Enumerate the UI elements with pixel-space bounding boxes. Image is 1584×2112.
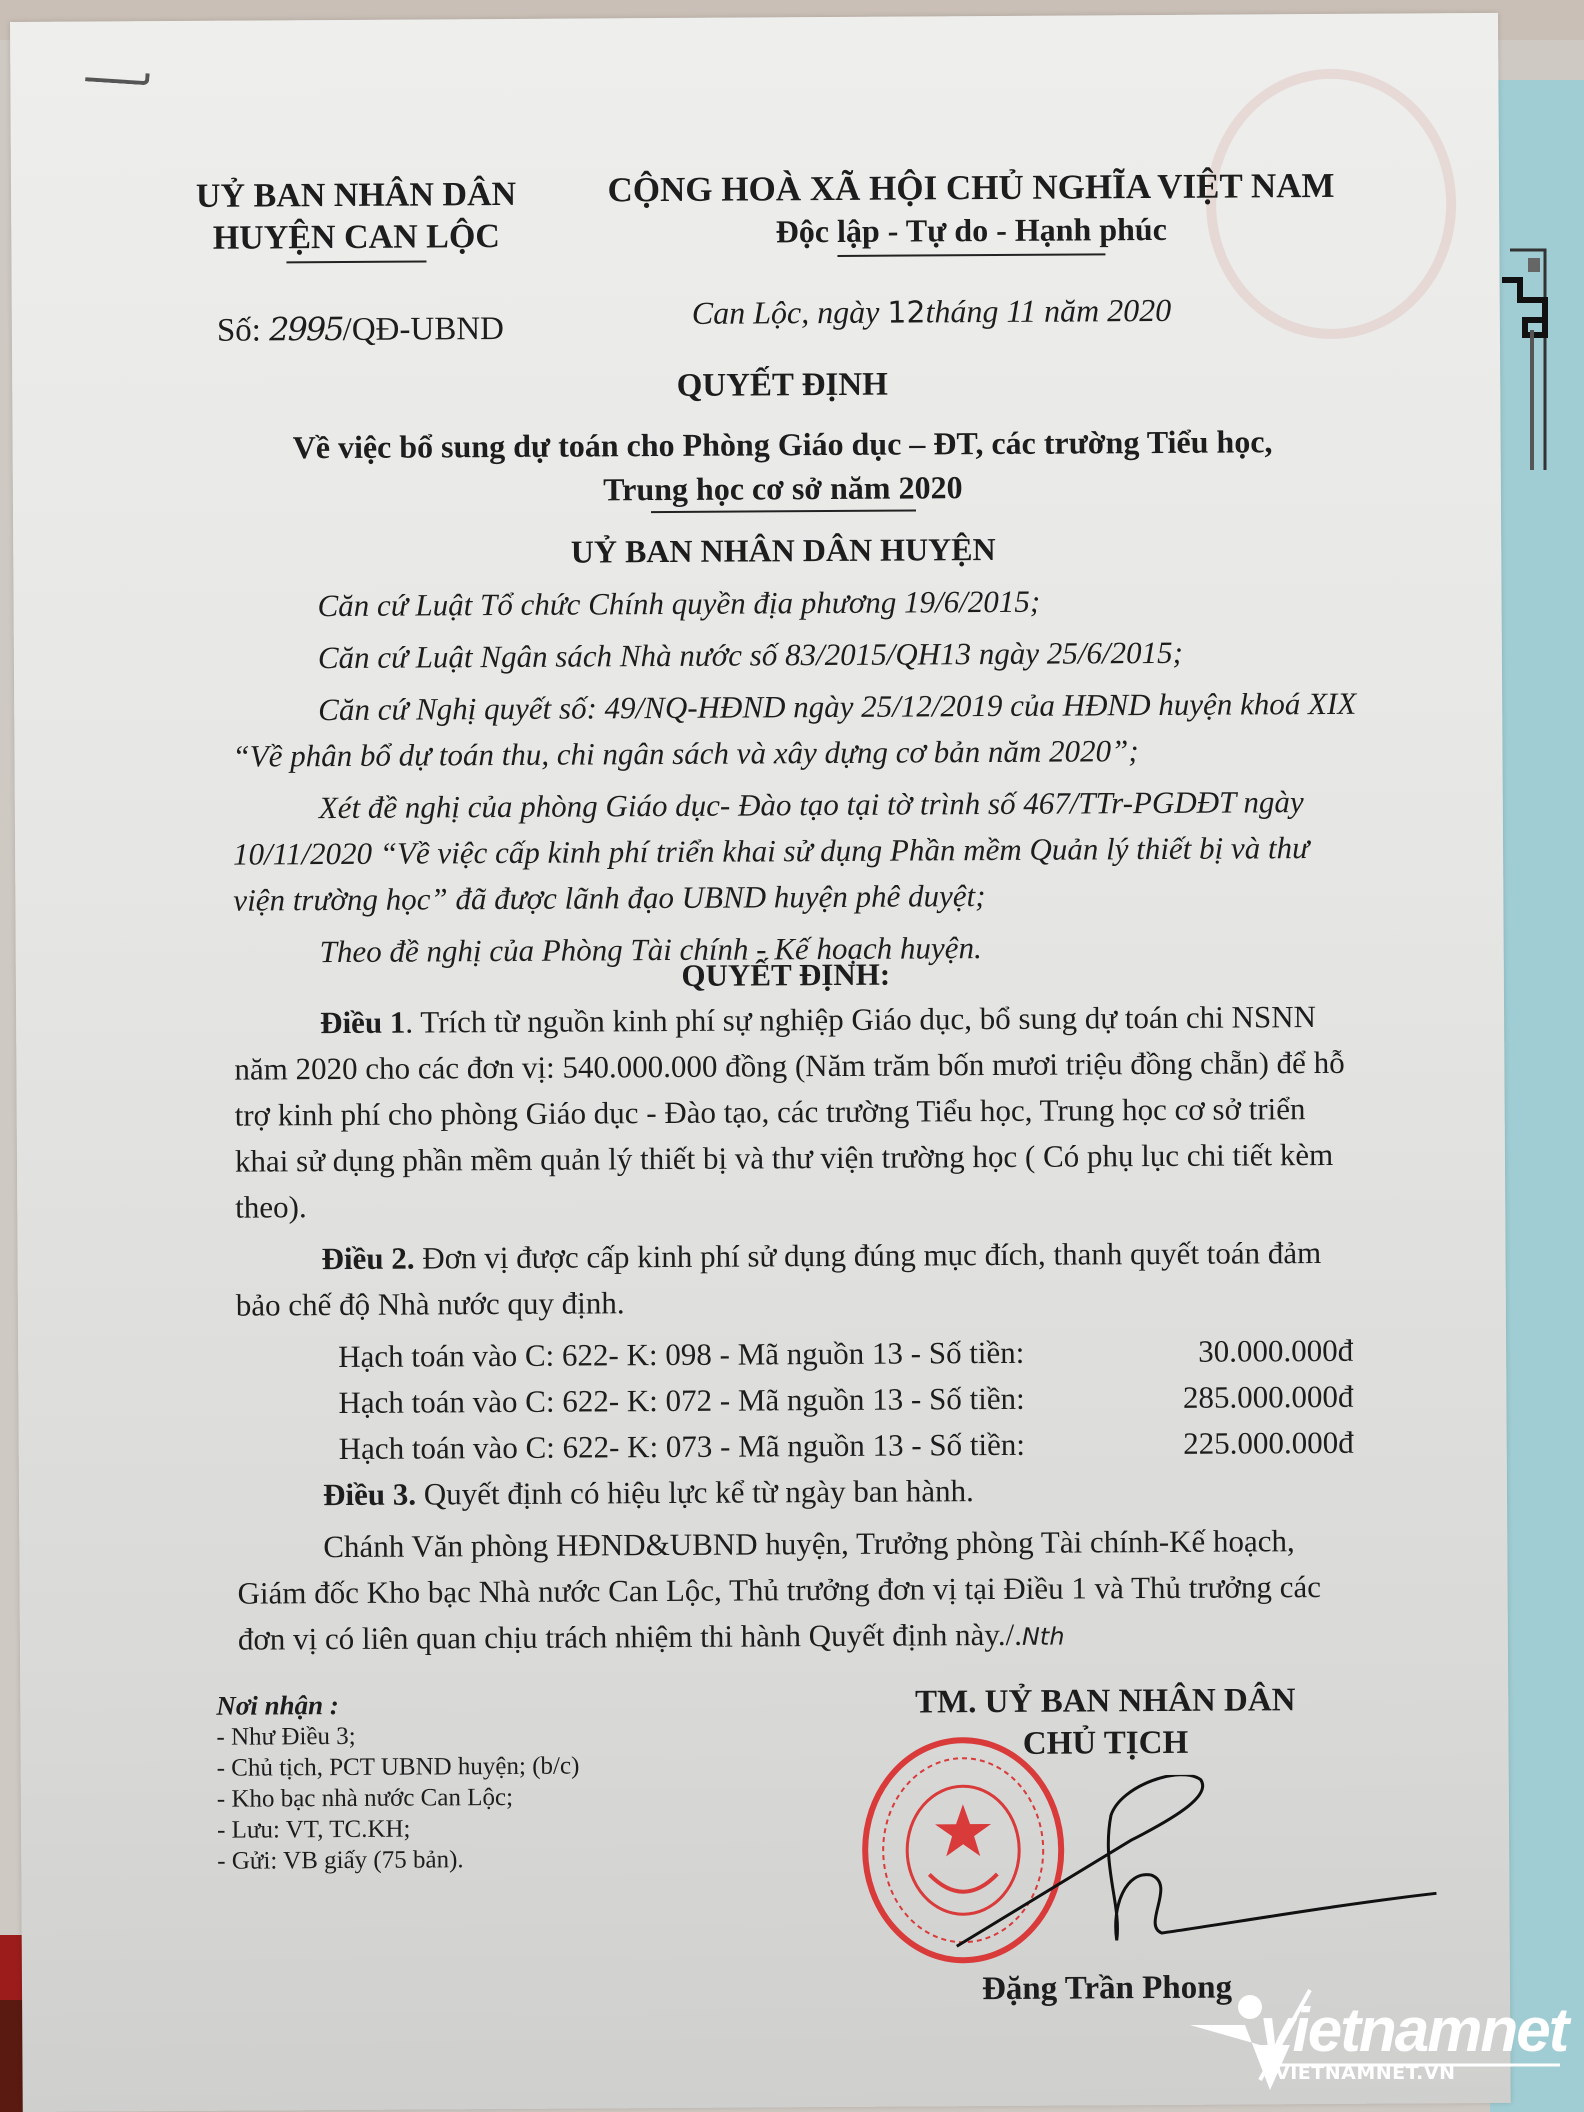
document-type: QUYẾT ĐỊNH [192, 364, 1372, 408]
recipient-item: - Như Điều 3; [216, 1720, 579, 1753]
signature-block: TM. UỶ BAN NHÂN DÂN CHỦ TỊCH [870, 1679, 1341, 1766]
agency-line-1: UỶ BAN NHÂN DÂN [181, 174, 531, 218]
staple-mark [85, 69, 150, 85]
legal-basis: Căn cứ Luật Tổ chức Chính quyền địa phươ… [231, 577, 1363, 982]
motto-underline [837, 253, 1105, 257]
recipient-item: - Kho bạc nhà nước Can Lộc; [217, 1782, 580, 1815]
document-page: UỶ BAN NHÂN DÂN HUYỆN CAN LỘC CỘNG HOÀ X… [10, 13, 1511, 2112]
issuing-agency: UỶ BAN NHÂN DÂN HUYỆN CAN LỘC [181, 174, 532, 264]
national-header: CỘNG HOÀ XÃ HỘI CHỦ NGHĨA VIỆT NAM Độc l… [591, 164, 1352, 259]
recipient-item: - Chủ tịch, PCT UBND huyện; (b/c) [217, 1751, 580, 1784]
handwritten-initials: Nth [1022, 1623, 1065, 1651]
folder-logo-icon [1500, 240, 1550, 470]
document-number: Số: 2995/QĐ-UBND [217, 309, 504, 350]
place-and-date: Can Lộc, ngày 12tháng 11 năm 2020 [692, 292, 1172, 332]
handwritten-day: 12 [887, 295, 925, 330]
authority-heading: UỶ BAN NHÂN DÂN HUYỆN [193, 529, 1373, 573]
on-behalf-label: TM. UỶ BAN NHÂN DÂN [870, 1679, 1340, 1724]
decision-heading: QUYẾT ĐỊNH: [196, 954, 1376, 997]
basis-item: Căn cứ Nghị quyết số: 49/NQ-HĐND ngày 25… [232, 681, 1363, 780]
basis-item: Căn cứ Luật Tổ chức Chính quyền địa phươ… [231, 577, 1361, 630]
handwritten-number: 2995 [269, 310, 343, 348]
document-subject: Về việc bổ sung dự toán cho Phòng Giáo d… [192, 419, 1373, 516]
signer-position: CHỦ TỊCH [870, 1721, 1340, 1766]
accounting-line: Hạch toán vào C: 622- K: 073 - Mã nguồn … [237, 1420, 1367, 1473]
basis-item: Xét đề nghị của phòng Giáo dục- Đào tạo … [233, 779, 1364, 924]
agency-line-2: HUYỆN CAN LỘC [181, 216, 531, 260]
article-1: Điều 1. Trích từ nguồn kinh phí sự nghiệ… [234, 994, 1365, 1231]
agency-underline [286, 260, 426, 263]
article-3: Điều 3. Quyết định có hiệu lực kể từ ngà… [237, 1466, 1367, 1519]
recipients-title: Nơi nhận : [216, 1689, 579, 1722]
watermark-url: VIETNAMNET.VN [1275, 2062, 1456, 2084]
recipients-list: Nơi nhận : - Như Điều 3; - Chủ tịch, PCT… [216, 1689, 580, 1877]
nation-motto: Độc lập - Tự do - Hạnh phúc [591, 208, 1351, 253]
watermark-logo-text: vietnamnet [1260, 1995, 1567, 2066]
basis-item: Căn cứ Luật Ngân sách Nhà nước số 83/201… [232, 629, 1362, 682]
decision-articles: Điều 1. Trích từ nguồn kinh phí sự nghiệ… [234, 994, 1368, 1671]
article-2: Điều 2. Đơn vị được cấp kinh phí sử dụng… [235, 1230, 1366, 1329]
nation-title: CỘNG HOÀ XÃ HỘI CHỦ NGHĨA VIỆT NAM [591, 164, 1351, 213]
accounting-line: Hạch toán vào C: 622- K: 098 - Mã nguồn … [236, 1328, 1366, 1381]
recipient-item: - Gửi: VB giấy (75 bản). [217, 1844, 580, 1877]
recipient-item: - Lưu: VT, TC.KH; [217, 1813, 580, 1846]
handwritten-signature-icon [921, 1773, 1442, 1956]
execution-clause: Chánh Văn phòng HĐND&UBND huyện, Trưởng … [237, 1518, 1368, 1665]
accounting-line: Hạch toán vào C: 622- K: 072 - Mã nguồn … [236, 1374, 1366, 1427]
